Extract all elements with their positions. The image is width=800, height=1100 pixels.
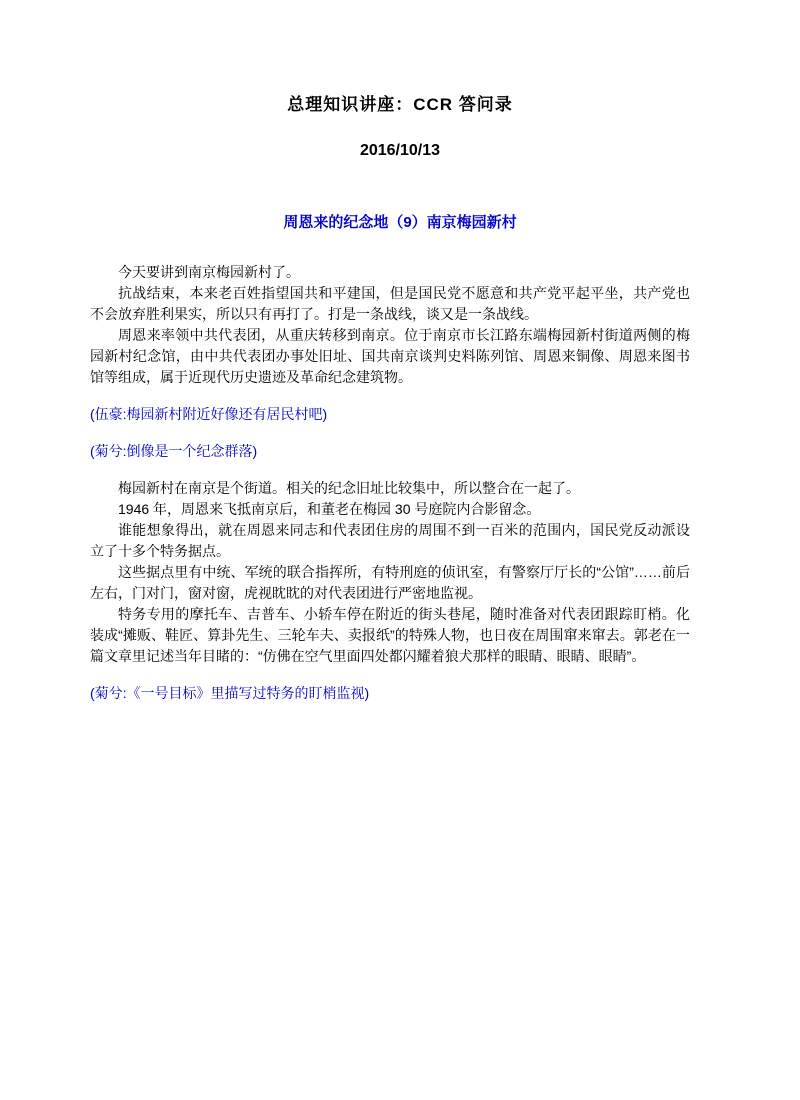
document-date: 2016/10/13 [0,140,800,162]
section-heading: 周恩来的纪念地（9）南京梅园新村 [0,212,800,234]
body-paragraph: 周恩来率领中共代表团，从重庆转移到南京。位于南京市长江路东端梅园新村街道两侧的梅… [90,325,690,388]
document-page: 总理知识讲座：CCR 答问录 2016/10/13 周恩来的纪念地（9）南京梅园… [0,0,800,1100]
annotation-note: (菊兮:《一号目标》里描写过特务的盯梢监视) [90,683,690,704]
document-body: 今天要讲到南京梅园新村了。抗战结束，本来老百姓指望国共和平建国，但是国民党不愿意… [90,262,690,704]
body-paragraph: 抗战结束，本来老百姓指望国共和平建国，但是国民党不愿意和共产党平起平坐，共产党也… [90,283,690,325]
body-paragraph: 谁能想象得出，就在周恩来同志和代表团住房的周围不到一百米的范围内，国民党反动派设… [90,520,690,562]
body-paragraph: 梅园新村在南京是个街道。相关的纪念旧址比较集中，所以整合在一起了。 [90,478,690,499]
annotation-note: (伍豪:梅园新村附近好像还有居民村吧) [90,404,690,425]
body-paragraph: 特务专用的摩托车、吉普车、小轿车停在附近的街头巷尾，随时准备对代表团跟踪盯梢。化… [90,604,690,667]
document-title: 总理知识讲座：CCR 答问录 [0,93,800,117]
body-paragraph: 这些据点里有中统、军统的联合指挥所，有特刑庭的侦讯室，有警察厅厅长的“公馆”……… [90,562,690,604]
body-paragraph: 1946 年，周恩来飞抵南京后，和董老在梅园 30 号庭院内合影留念。 [90,499,690,520]
body-paragraph: 今天要讲到南京梅园新村了。 [90,262,690,283]
annotation-note: (菊兮:倒像是一个纪念群落) [90,441,690,462]
